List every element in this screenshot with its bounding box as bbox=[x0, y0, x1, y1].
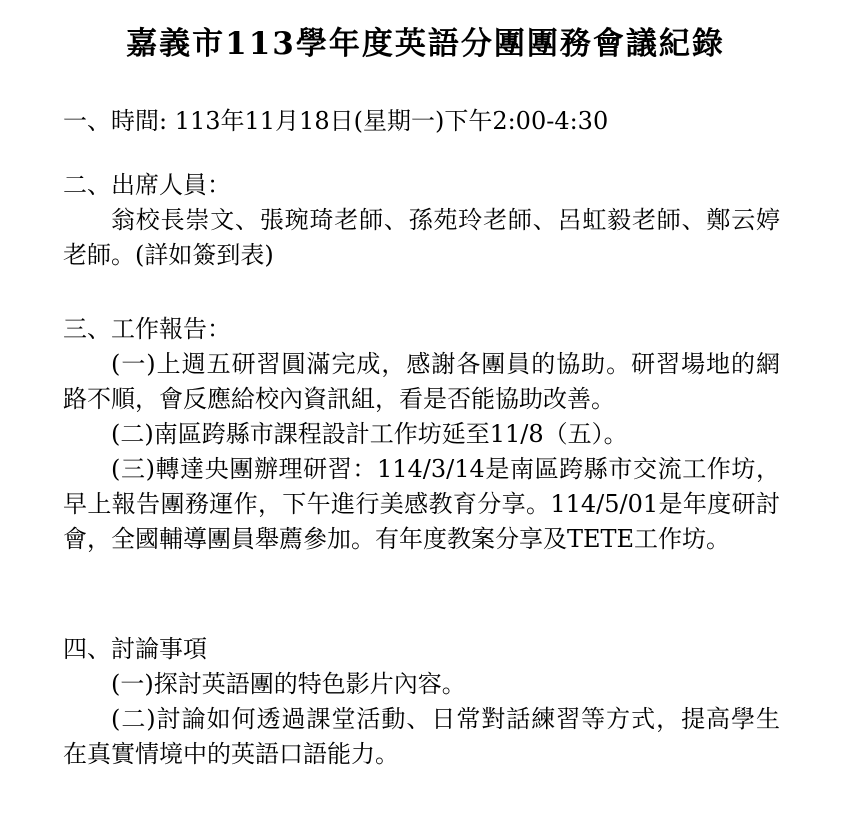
line-report-item3: (三)轉達央團辦理研習：114/3/14是南區跨縣市交流工作坊， bbox=[63, 452, 780, 487]
line-report-heading: 三、工作報告： bbox=[63, 312, 780, 347]
document-page: 嘉義市113學年度英語分團團務會議紀錄 一、時間: 113年11月18日(星期一… bbox=[0, 0, 851, 821]
line-discussion-heading: 四、討論事項 bbox=[63, 632, 780, 667]
line-time: 一、時間: 113年11月18日(星期一)下午2:00-4:30 bbox=[63, 104, 780, 139]
line-attendees-heading: 二、出席人員： bbox=[63, 168, 780, 203]
line-report-item3-cont2: 會，全國輔導團員舉薦參加。有年度教案分享及TETE工作坊。 bbox=[63, 522, 780, 557]
section-time: 一、時間: 113年11月18日(星期一)下午2:00-4:30 bbox=[63, 104, 780, 139]
section-discussion: 四、討論事項 (一)探討英語團的特色影片內容。 (二)討論如何透過課堂活動、日常… bbox=[63, 632, 780, 772]
line-report-item3-cont1: 早上報告團務運作，下午進行美感教育分享。114/5/01是年度研討 bbox=[63, 487, 780, 522]
line-report-item2: (二)南區跨縣市課程設計工作坊延至11/8（五）。 bbox=[63, 417, 780, 452]
section-work-report: 三、工作報告： (一)上週五研習圓滿完成，感謝各團員的協助。研習場地的網 路不順… bbox=[63, 312, 780, 557]
line-discussion-item2: (二)討論如何透過課堂活動、日常對話練習等方式，提高學生 bbox=[63, 702, 780, 737]
line-attendees-names: 翁校長崇文、張琬琦老師、孫苑玲老師、呂虹毅老師、鄭云婷 bbox=[63, 203, 780, 238]
line-discussion-item1: (一)探討英語團的特色影片內容。 bbox=[63, 667, 780, 702]
document-title: 嘉義市113學年度英語分團團務會議紀錄 bbox=[0, 22, 851, 66]
line-report-item1: (一)上週五研習圓滿完成，感謝各團員的協助。研習場地的網 bbox=[63, 347, 780, 382]
line-report-item1-cont: 路不順，會反應給校內資訊組，看是否能協助改善。 bbox=[63, 382, 780, 417]
section-attendees: 二、出席人員： 翁校長崇文、張琬琦老師、孫苑玲老師、呂虹毅老師、鄭云婷 老師。(… bbox=[63, 168, 780, 273]
line-discussion-item2-cont: 在真實情境中的英語口語能力。 bbox=[63, 737, 780, 772]
line-attendees-names-cont: 老師。(詳如簽到表) bbox=[63, 238, 780, 273]
